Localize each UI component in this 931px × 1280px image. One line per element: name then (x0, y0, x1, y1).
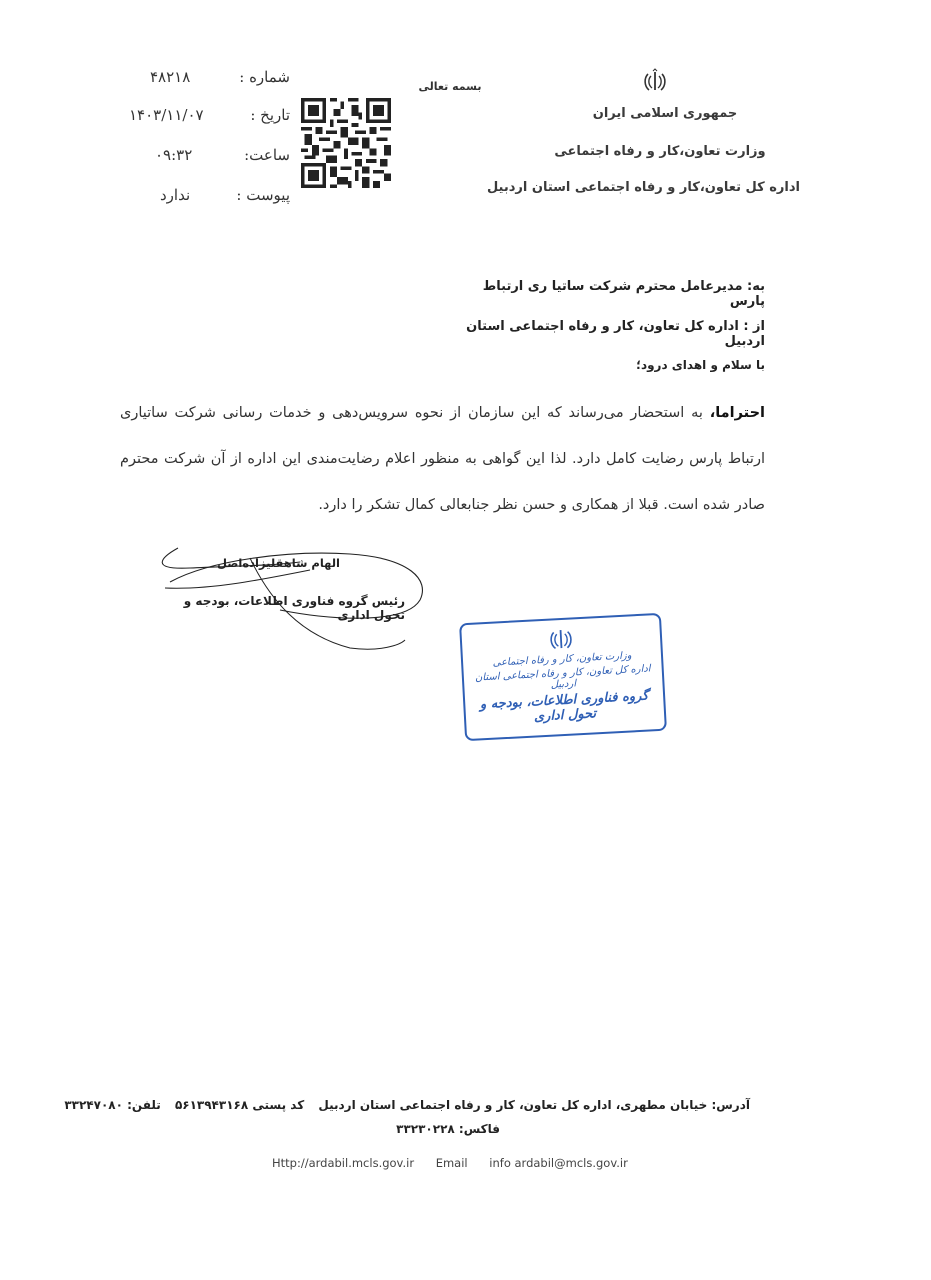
number-value: ۴۸۲۱۸ (125, 68, 232, 86)
date-value: ۱۴۰۳/۱۱/۰۷ (125, 106, 232, 124)
date-label: تاریخ : (232, 106, 290, 124)
country-name: جمهوری اسلامی ایران (590, 106, 740, 121)
iran-emblem-icon (642, 68, 668, 94)
recipient-line: به: مدیرعامل محترم شرکت ساتیا ری ارتباط … (460, 279, 765, 309)
stamp-group: گروه فناوری اطلاعات، بودجه و تحول اداری (465, 688, 664, 728)
footer-postal-code: کد پستی ۵۶۱۳۹۴۳۱۶۸ (175, 1098, 304, 1112)
official-stamp: وزارت تعاون، کار و رفاه اجتماعی اداره کل… (459, 613, 667, 741)
letterhead: جمهوری اسلامی ایران وزارت تعاون،کار و رف… (510, 68, 800, 100)
iran-emblem-icon (547, 625, 574, 652)
department-name: اداره کل تعاون،کار و رفاه اجتماعی استان … (510, 180, 800, 195)
letter-body: احتراما، به استحضار می‌رساند که این سازم… (120, 390, 765, 528)
qr-code-icon (301, 97, 391, 189)
letter-time-row: ساعت: ۰۹:۳۲ (125, 142, 290, 168)
number-label: شماره : (232, 68, 290, 86)
time-label: ساعت: (232, 146, 290, 164)
footer-address-line: آدرس: خیابان مطهری، اداره کل تعاون، کار … (140, 1098, 750, 1112)
body-text: به استحضار می‌رساند که این سازمان از نحو… (120, 405, 765, 513)
letter-attachment-row: پیوست : ندارد (125, 182, 290, 208)
letter-page: جمهوری اسلامی ایران وزارت تعاون،کار و رف… (0, 0, 931, 1280)
footer-phone: تلفن: ۳۳۲۴۷۰۸۰ (64, 1098, 160, 1112)
ministry-name: وزارت تعاون،کار و رفاه اجتماعی (550, 144, 770, 159)
body-lead: احتراما، (710, 405, 765, 421)
email-link[interactable]: info ardabil@mcls.gov.ir (489, 1156, 628, 1170)
email-label: Email (436, 1156, 468, 1170)
time-value: ۰۹:۳۲ (125, 146, 232, 164)
footer-address: آدرس: خیابان مطهری، اداره کل تعاون، کار … (318, 1098, 750, 1112)
signatory-name: الهام شاهقلیزاده‌اصل (200, 556, 340, 570)
letter-date-row: تاریخ : ۱۴۰۳/۱۱/۰۷ (125, 102, 290, 128)
attachment-label: پیوست : (232, 186, 290, 204)
greeting-line: با سلام و اهدای درود؛ (460, 358, 765, 372)
attachment-value: ندارد (125, 186, 232, 204)
bismillah-heading: بسمه تعالی (415, 80, 485, 93)
signatory-title: رئیس گروه فناوری اطلاعات، بودجه و تحول ا… (155, 594, 405, 622)
footer-contact: Http://ardabil.mcls.gov.ir Email info ar… (272, 1156, 632, 1170)
letter-number-row: شماره : ۴۸۲۱۸ (125, 64, 290, 90)
sender-line: از : اداره کل تعاون، کار و رفاه اجتماعی … (460, 319, 765, 349)
footer-fax: فاکس: ۳۳۲۳۰۲۲۸ (390, 1122, 500, 1136)
website-link[interactable]: Http://ardabil.mcls.gov.ir (272, 1156, 414, 1170)
